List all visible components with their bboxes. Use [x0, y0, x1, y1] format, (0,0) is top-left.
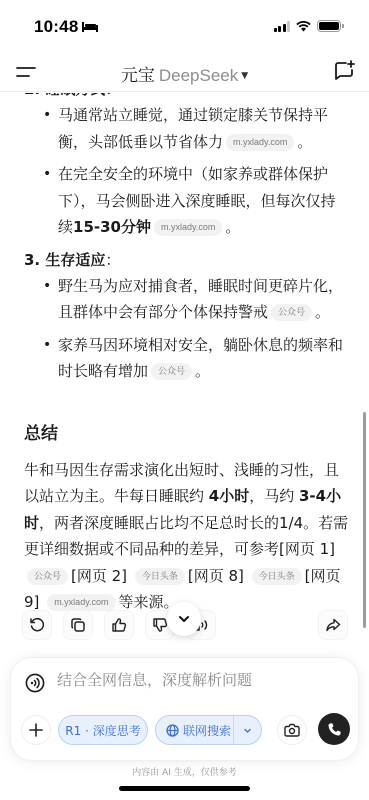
plus-icon: [29, 723, 43, 737]
list-item: 马通常站立睡觉，通过锁定膝关节保持平衡，头部低垂以节省体力m.yxlady.co…: [58, 102, 349, 155]
source-chip[interactable]: 今日头条: [252, 568, 302, 585]
new-chat-icon[interactable]: [333, 60, 355, 82]
ai-disclaimer: 内容由 AI 生成，仅供参考: [0, 765, 369, 778]
message-input[interactable]: [57, 671, 337, 689]
summary-paragraph: 牛和马因生存需求演化出短时、浅睡的习性，且以站立为主。牛每日睡眠约 4小时，马约…: [0, 449, 369, 616]
share-button[interactable]: [318, 610, 348, 640]
section-2-list: 马通常站立睡觉，通过锁定膝关节保持平衡，头部低垂以节省体力m.yxlady.co…: [0, 102, 369, 241]
section-heading-2: 2. 睡眠方式：: [0, 93, 369, 102]
refresh-icon: [29, 617, 45, 633]
summary-heading: 总结: [0, 419, 369, 449]
globe-icon: [166, 724, 179, 737]
caret-down-icon: ▼: [241, 71, 248, 81]
source-chip[interactable]: 公众号: [151, 363, 192, 380]
app-title: 元宝: [121, 66, 155, 86]
deep-think-label: R1 · 深度思考: [65, 722, 140, 739]
reference-link[interactable]: [网页 8]: [188, 567, 244, 585]
web-search-label: 联网搜索: [183, 722, 231, 739]
copy-button[interactable]: [63, 610, 93, 640]
web-search-toggle[interactable]: 联网搜索: [155, 715, 262, 745]
thumbs-up-icon: [111, 617, 127, 633]
search-options-dropdown[interactable]: [234, 716, 261, 744]
list-item: 在完全安全的环境中（如家养或群体保护下），马会侧卧进入深度睡眠，但每次仅持续15…: [58, 161, 349, 241]
chevron-down-icon: [243, 726, 252, 735]
reference-link[interactable]: [网页 2]: [71, 567, 127, 585]
like-button[interactable]: [104, 610, 134, 640]
section-heading-3: 3. 生存适应：: [0, 247, 369, 273]
model-name: DeepSeek: [159, 66, 238, 85]
section-3-list: 野生马为应对捕食者，睡眠时间更碎片化，且群体中会有部分个体保持警戒公众号。 家养…: [0, 273, 369, 385]
composer: R1 · 深度思考 联网搜索: [10, 657, 359, 761]
chevron-down-icon: [177, 612, 191, 626]
share-icon: [325, 617, 341, 633]
copy-icon: [70, 617, 86, 633]
status-bar: 10:48: [0, 0, 369, 52]
deep-think-toggle[interactable]: R1 · 深度思考: [58, 715, 148, 745]
list-item: 野生马为应对捕食者，睡眠时间更碎片化，且群体中会有部分个体保持警戒公众号。: [58, 273, 349, 326]
phone-icon: [327, 722, 342, 737]
cellular-signal-icon: [274, 21, 291, 32]
voice-call-button[interactable]: [318, 713, 350, 745]
thumbs-down-icon: [152, 617, 168, 633]
source-chip[interactable]: m.yxlady.com: [47, 594, 115, 611]
chat-content[interactable]: 2. 睡眠方式： 马通常站立睡觉，通过锁定膝关节保持平衡，头部低垂以节省体力m.…: [0, 93, 369, 653]
voice-input-icon[interactable]: [25, 673, 45, 693]
bed-icon: [82, 22, 98, 32]
model-selector[interactable]: 元宝DeepSeek▼: [0, 61, 369, 86]
app-header: 元宝DeepSeek▼: [0, 52, 369, 92]
scroll-to-bottom-button[interactable]: [167, 602, 201, 636]
source-chip[interactable]: 公众号: [27, 568, 68, 585]
wifi-icon: [296, 21, 311, 32]
web-search-main[interactable]: 联网搜索: [156, 716, 234, 744]
status-time: 10:48: [34, 17, 78, 37]
source-chip[interactable]: m.yxlady.com: [154, 219, 222, 236]
regenerate-button[interactable]: [22, 610, 52, 640]
source-chip[interactable]: 今日头条: [135, 568, 185, 585]
camera-icon: [284, 723, 300, 737]
source-chip[interactable]: m.yxlady.com: [226, 134, 294, 151]
home-indicator[interactable]: [119, 786, 250, 791]
list-item: 家养马因环境相对安全，躺卧休息的频率和时长略有增加公众号。: [58, 332, 349, 385]
battery-icon: [317, 20, 341, 32]
source-chip[interactable]: 公众号: [271, 304, 312, 321]
camera-button[interactable]: [277, 715, 307, 745]
scrollbar[interactable]: [363, 412, 366, 628]
attach-button[interactable]: [21, 715, 51, 745]
reference-link[interactable]: [网页 1]: [279, 540, 335, 558]
